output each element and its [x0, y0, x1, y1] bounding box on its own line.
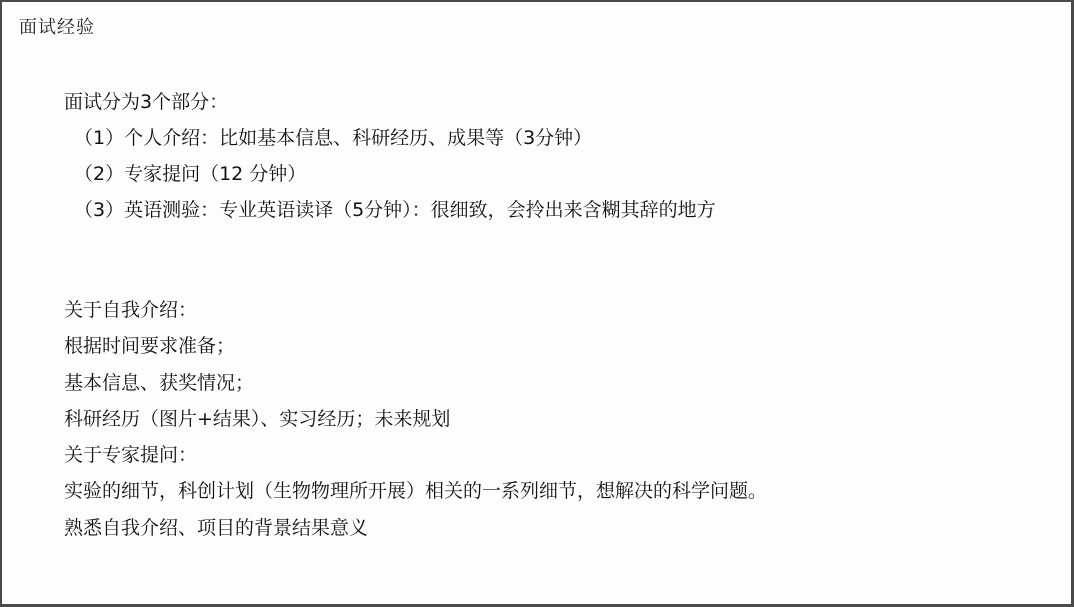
interview-part-item: （1）个人介绍：比如基本信息、科研经历、成果等（3分钟） [64, 120, 716, 156]
notes-section: 关于自我介绍： 根据时间要求准备； 基本信息、获奖情况； 科研经历（图片+结果）… [64, 292, 767, 546]
expert-questions-heading: 关于专家提问： [64, 437, 767, 473]
interview-notes-card: 面试经验 面试分为3个部分： （1）个人介绍：比如基本信息、科研经历、成果等（3… [0, 0, 1074, 607]
self-intro-heading: 关于自我介绍： [64, 292, 767, 328]
card-title: 面试经验 [19, 16, 95, 40]
interview-parts-heading: 面试分为3个部分： [64, 84, 716, 120]
interview-parts-section: 面试分为3个部分： （1）个人介绍：比如基本信息、科研经历、成果等（3分钟） （… [64, 84, 716, 228]
note-line: 实验的细节，科创计划（生物物理所开展）相关的一系列细节，想解决的科学问题。 [64, 473, 767, 509]
interview-part-item: （3）英语测验：专业英语读译（5分钟）：很细致，会拎出来含糊其辞的地方 [64, 192, 716, 228]
note-line: 基本信息、获奖情况； [64, 365, 767, 401]
note-line: 熟悉自我介绍、项目的背景结果意义 [64, 510, 767, 546]
note-line: 科研经历（图片+结果）、实习经历；未来规划 [64, 401, 767, 437]
interview-part-item: （2）专家提问（12 分钟） [64, 156, 716, 192]
note-line: 根据时间要求准备； [64, 328, 767, 364]
